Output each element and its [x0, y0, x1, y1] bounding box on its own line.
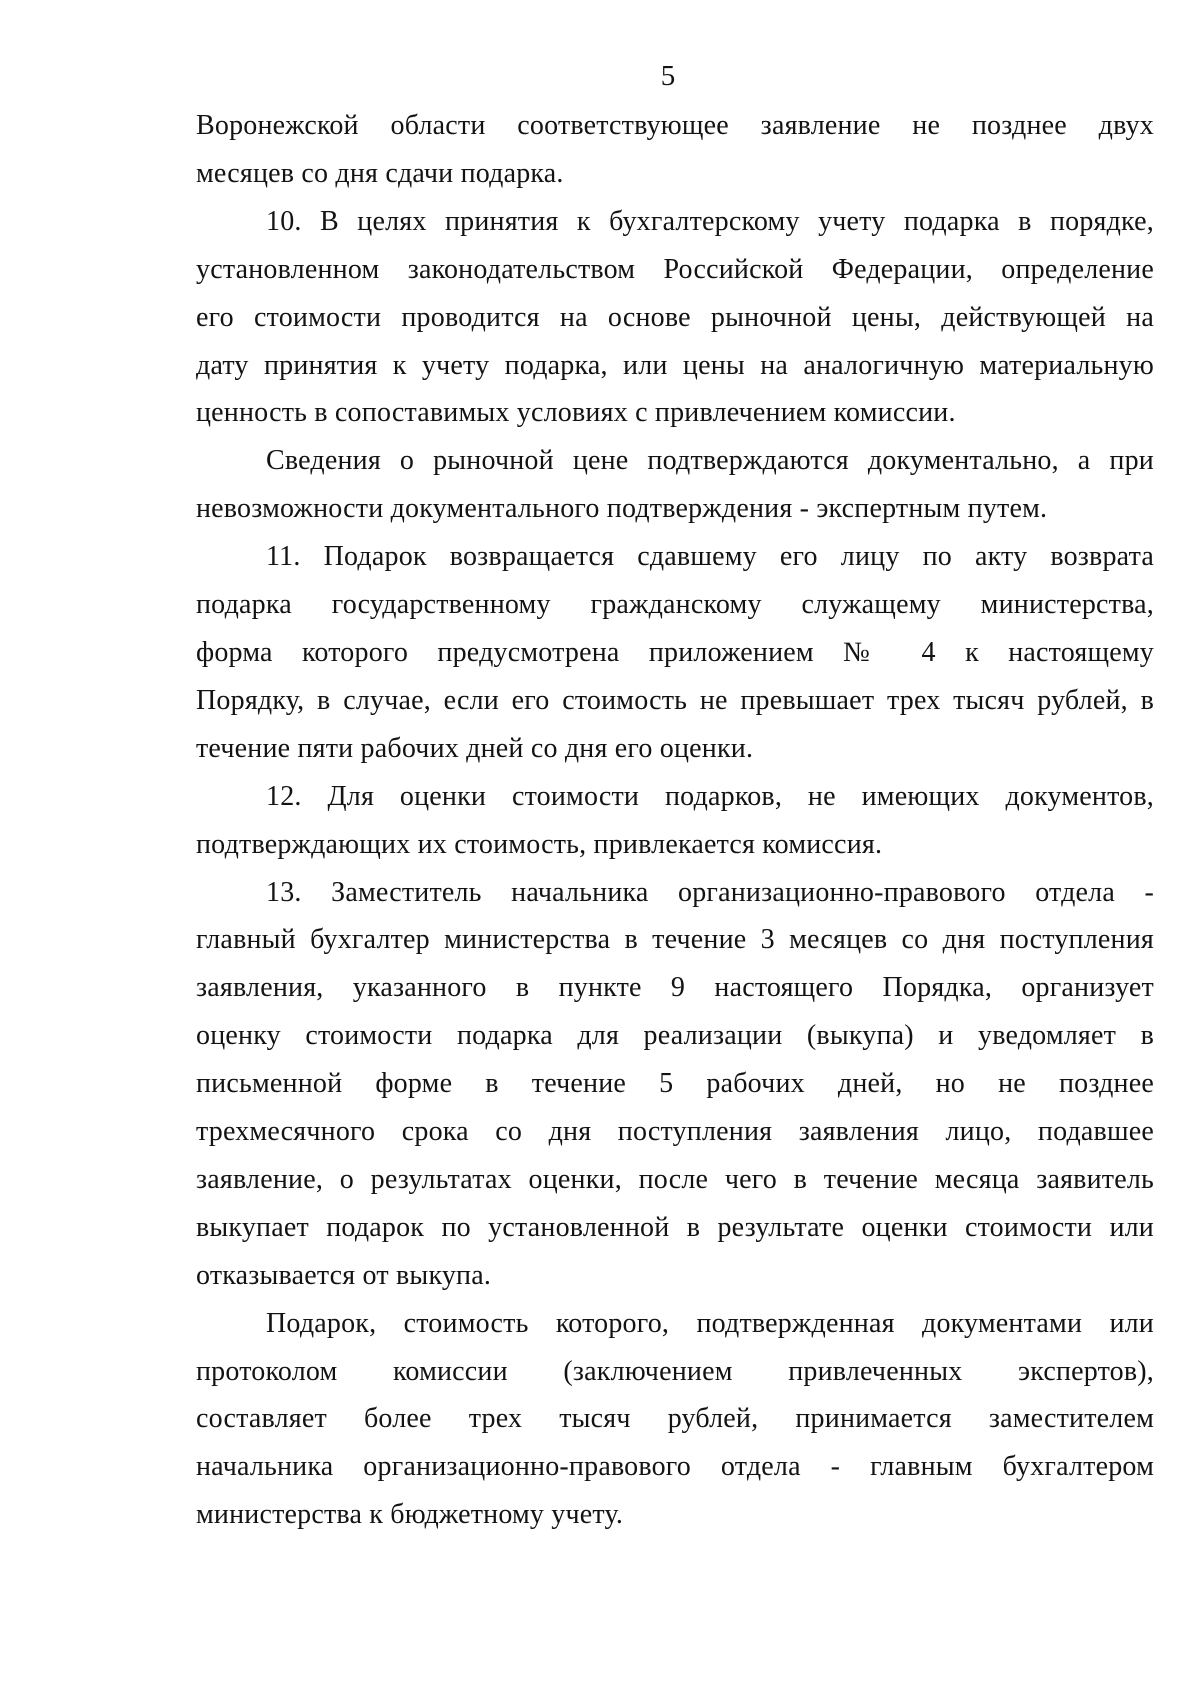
text-line: ценность в сопоставимых условиях с привл… — [196, 389, 1154, 437]
text-line: Порядку, в случае, если его стоимость не… — [196, 677, 1154, 725]
document-body: Воронежской области соответствующее заяв… — [196, 102, 1154, 1539]
text-line: подтверждающих их стоимость, привлекаетс… — [196, 821, 1154, 869]
text-line: 10. В целях принятия к бухгалтерскому уч… — [196, 198, 1154, 246]
text-line: установленном законодательством Российск… — [196, 246, 1154, 294]
paragraph: Подарок, стоимость которого, подтвержден… — [196, 1300, 1154, 1540]
paragraph: Воронежской области соответствующее заяв… — [196, 102, 1154, 198]
paragraph: 13. Заместитель начальника организационн… — [196, 869, 1154, 1300]
text-line: его стоимости проводится на основе рыноч… — [196, 294, 1154, 342]
paragraph: 12. Для оценки стоимости подарков, не им… — [196, 773, 1154, 869]
text-line: министерства к бюджетному учету. — [196, 1491, 1154, 1539]
text-line: течение пяти рабочих дней со дня его оце… — [196, 725, 1154, 773]
text-line: 11. Подарок возвращается сдавшему его ли… — [196, 533, 1154, 581]
text-line: Сведения о рыночной цене подтверждаются … — [196, 437, 1154, 485]
text-line: заявление, о результатах оценки, после ч… — [196, 1156, 1154, 1204]
text-line: Подарок, стоимость которого, подтвержден… — [196, 1300, 1154, 1348]
text-line: трехмесячного срока со дня поступления з… — [196, 1108, 1154, 1156]
text-line: выкупает подарок по установленной в резу… — [196, 1204, 1154, 1252]
page-number: 5 — [638, 60, 698, 92]
text-line: форма которого предусмотрена приложением… — [196, 629, 1154, 677]
text-line: протоколом комиссии (заключением привлеч… — [196, 1348, 1154, 1396]
text-line: главный бухгалтер министерства в течение… — [196, 916, 1154, 964]
text-line: невозможности документального подтвержде… — [196, 485, 1154, 533]
paragraph: Сведения о рыночной цене подтверждаются … — [196, 437, 1154, 533]
text-line: месяцев со дня сдачи подарка. — [196, 150, 1154, 198]
text-line: оценку стоимости подарка для реализации … — [196, 1012, 1154, 1060]
text-line: письменной форме в течение 5 рабочих дне… — [196, 1060, 1154, 1108]
text-line: отказывается от выкупа. — [196, 1252, 1154, 1300]
text-line: заявления, указанного в пункте 9 настоящ… — [196, 964, 1154, 1012]
text-line: начальника организационно-правового отде… — [196, 1443, 1154, 1491]
text-line: Воронежской области соответствующее заяв… — [196, 102, 1154, 150]
text-line: 12. Для оценки стоимости подарков, не им… — [196, 773, 1154, 821]
paragraph: 10. В целях принятия к бухгалтерскому уч… — [196, 198, 1154, 438]
text-line: 13. Заместитель начальника организационн… — [196, 869, 1154, 917]
document-page: 5 Воронежской области соответствующее за… — [0, 0, 1200, 1701]
paragraph: 11. Подарок возвращается сдавшему его ли… — [196, 533, 1154, 773]
text-line: составляет более трех тысяч рублей, прин… — [196, 1395, 1154, 1443]
text-line: подарка государственному гражданскому сл… — [196, 581, 1154, 629]
text-line: дату принятия к учету подарка, или цены … — [196, 342, 1154, 390]
